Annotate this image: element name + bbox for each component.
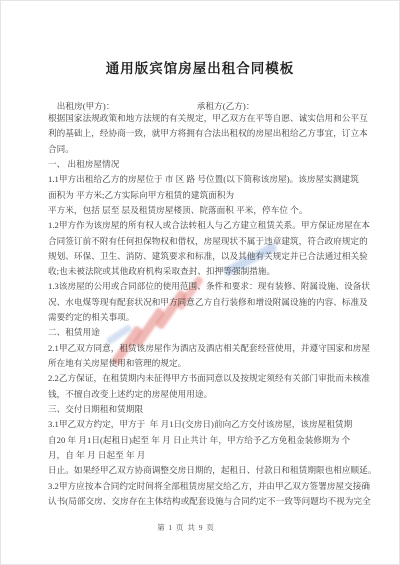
contract-line: 规划、环保、卫生、消防、建筑要求和标准，以及其他有关规定并已合法通过相关验 [48,249,366,264]
contract-line: 1.2甲方作为该房屋的所有权人或合法转租人与乙方建立租赁关系。甲方保证房屋在本 [48,218,366,233]
contract-line: 2.1甲乙双方同意，租赁该房屋作为酒店及酒店相关配套经营使用，并遵守国家和房屋 [48,341,366,356]
contract-line: 平方米，包括 层至 层及租赁房屋楼顶、院落面积 平米，停车位 个。 [48,203,366,218]
contract-line: 钱，不擅自改变上述约定的房屋使用用途。 [48,387,366,402]
section-heading-3: 三、交付日期租和赁期限 [48,402,366,417]
contract-line: 利的基础上，经协商一致，就甲方将拥有合法出租权的房屋出租给乙方事宜，订立本 [48,126,366,141]
contract-line: 3.2甲方应按本合同约定时间将全部租赁房屋交给乙方，并由甲乙双方签署房屋交接确 [48,479,366,494]
section-heading-2: 二、租赁用途 [48,325,366,340]
contract-line: 合同签订前不附有任何担保物权和借权，房屋现状不属于违章建筑，符合政府规定的 [48,234,366,249]
page-number-indicator: 第 1 页 共 9 页 [1,522,371,533]
contract-line: 3.1甲乙双方约定，甲方于 年 月1日(交房日)前向乙方交付该房屋，该房屋租赁期 [48,417,366,432]
contract-line: 所在地有关房屋使用和管理的规定。 [48,356,366,371]
contract-line: 自20 年 月1日(起租日)起至 年 月 日止共计 年，甲方给予乙方免租金装修期… [48,433,366,448]
contract-body: 根据国家法规政策和地方法规的有关规定，甲乙双方在平等自愿、诚实信用和公平互 利的… [48,111,366,509]
contract-line: 1.3该房屋的公用或合同部位的使用范围、条件和要求：现有装修、附属设施、设备状 [48,279,366,294]
lessee-label: 承租方(乙方)： [197,101,255,111]
contract-line: 2.2乙方保证，在租赁期内未征得甲方书面同意以及按规定须经有关部门审批而未核准 [48,371,366,386]
contract-line: 需要约定的相关事项。 [48,310,366,325]
contract-line: 日止。如果经甲乙双方协商调整交房日期的，起租日、付款日和租赁期限也相应顺延。 [48,463,366,478]
contract-line: 收;也未被法院或其他政府机构采取查封、扣押等强制措施。 [48,264,366,279]
contract-line: 面积为 平方米;乙方实际向甲方租赁的建筑面积为 [48,188,366,203]
contract-document-page: 通用版宾馆房屋出租合同模板 出租房(甲方)：承租方(乙方)： 根据国家法规政策和… [0,0,400,565]
document-title: 通用版宾馆房屋出租合同模板 [1,57,399,77]
section-heading-1: 一、 出租房屋情况 [48,157,366,172]
contract-line: 认书(局部交房、交房存在主体结构或配套设施与合同约定不一致等问题均不视为完全 [48,494,366,509]
contract-line: 合同。 [48,142,366,157]
contract-line: 1.1甲方出租给乙方的房屋位于 市 区 路 号位置(以下简称该房屋)。该房屋实测… [48,172,366,187]
contract-line: 况、水电煤等现有配套状况和甲方同意乙方自行装修和增设附属设施的内容、标准及 [48,295,366,310]
contract-line: 根据国家法规政策和地方法规的有关规定，甲乙双方在平等自愿、诚实信用和公平互 [48,111,366,126]
contract-line: 月，自 年 月 日起至 年 月 [48,448,366,463]
